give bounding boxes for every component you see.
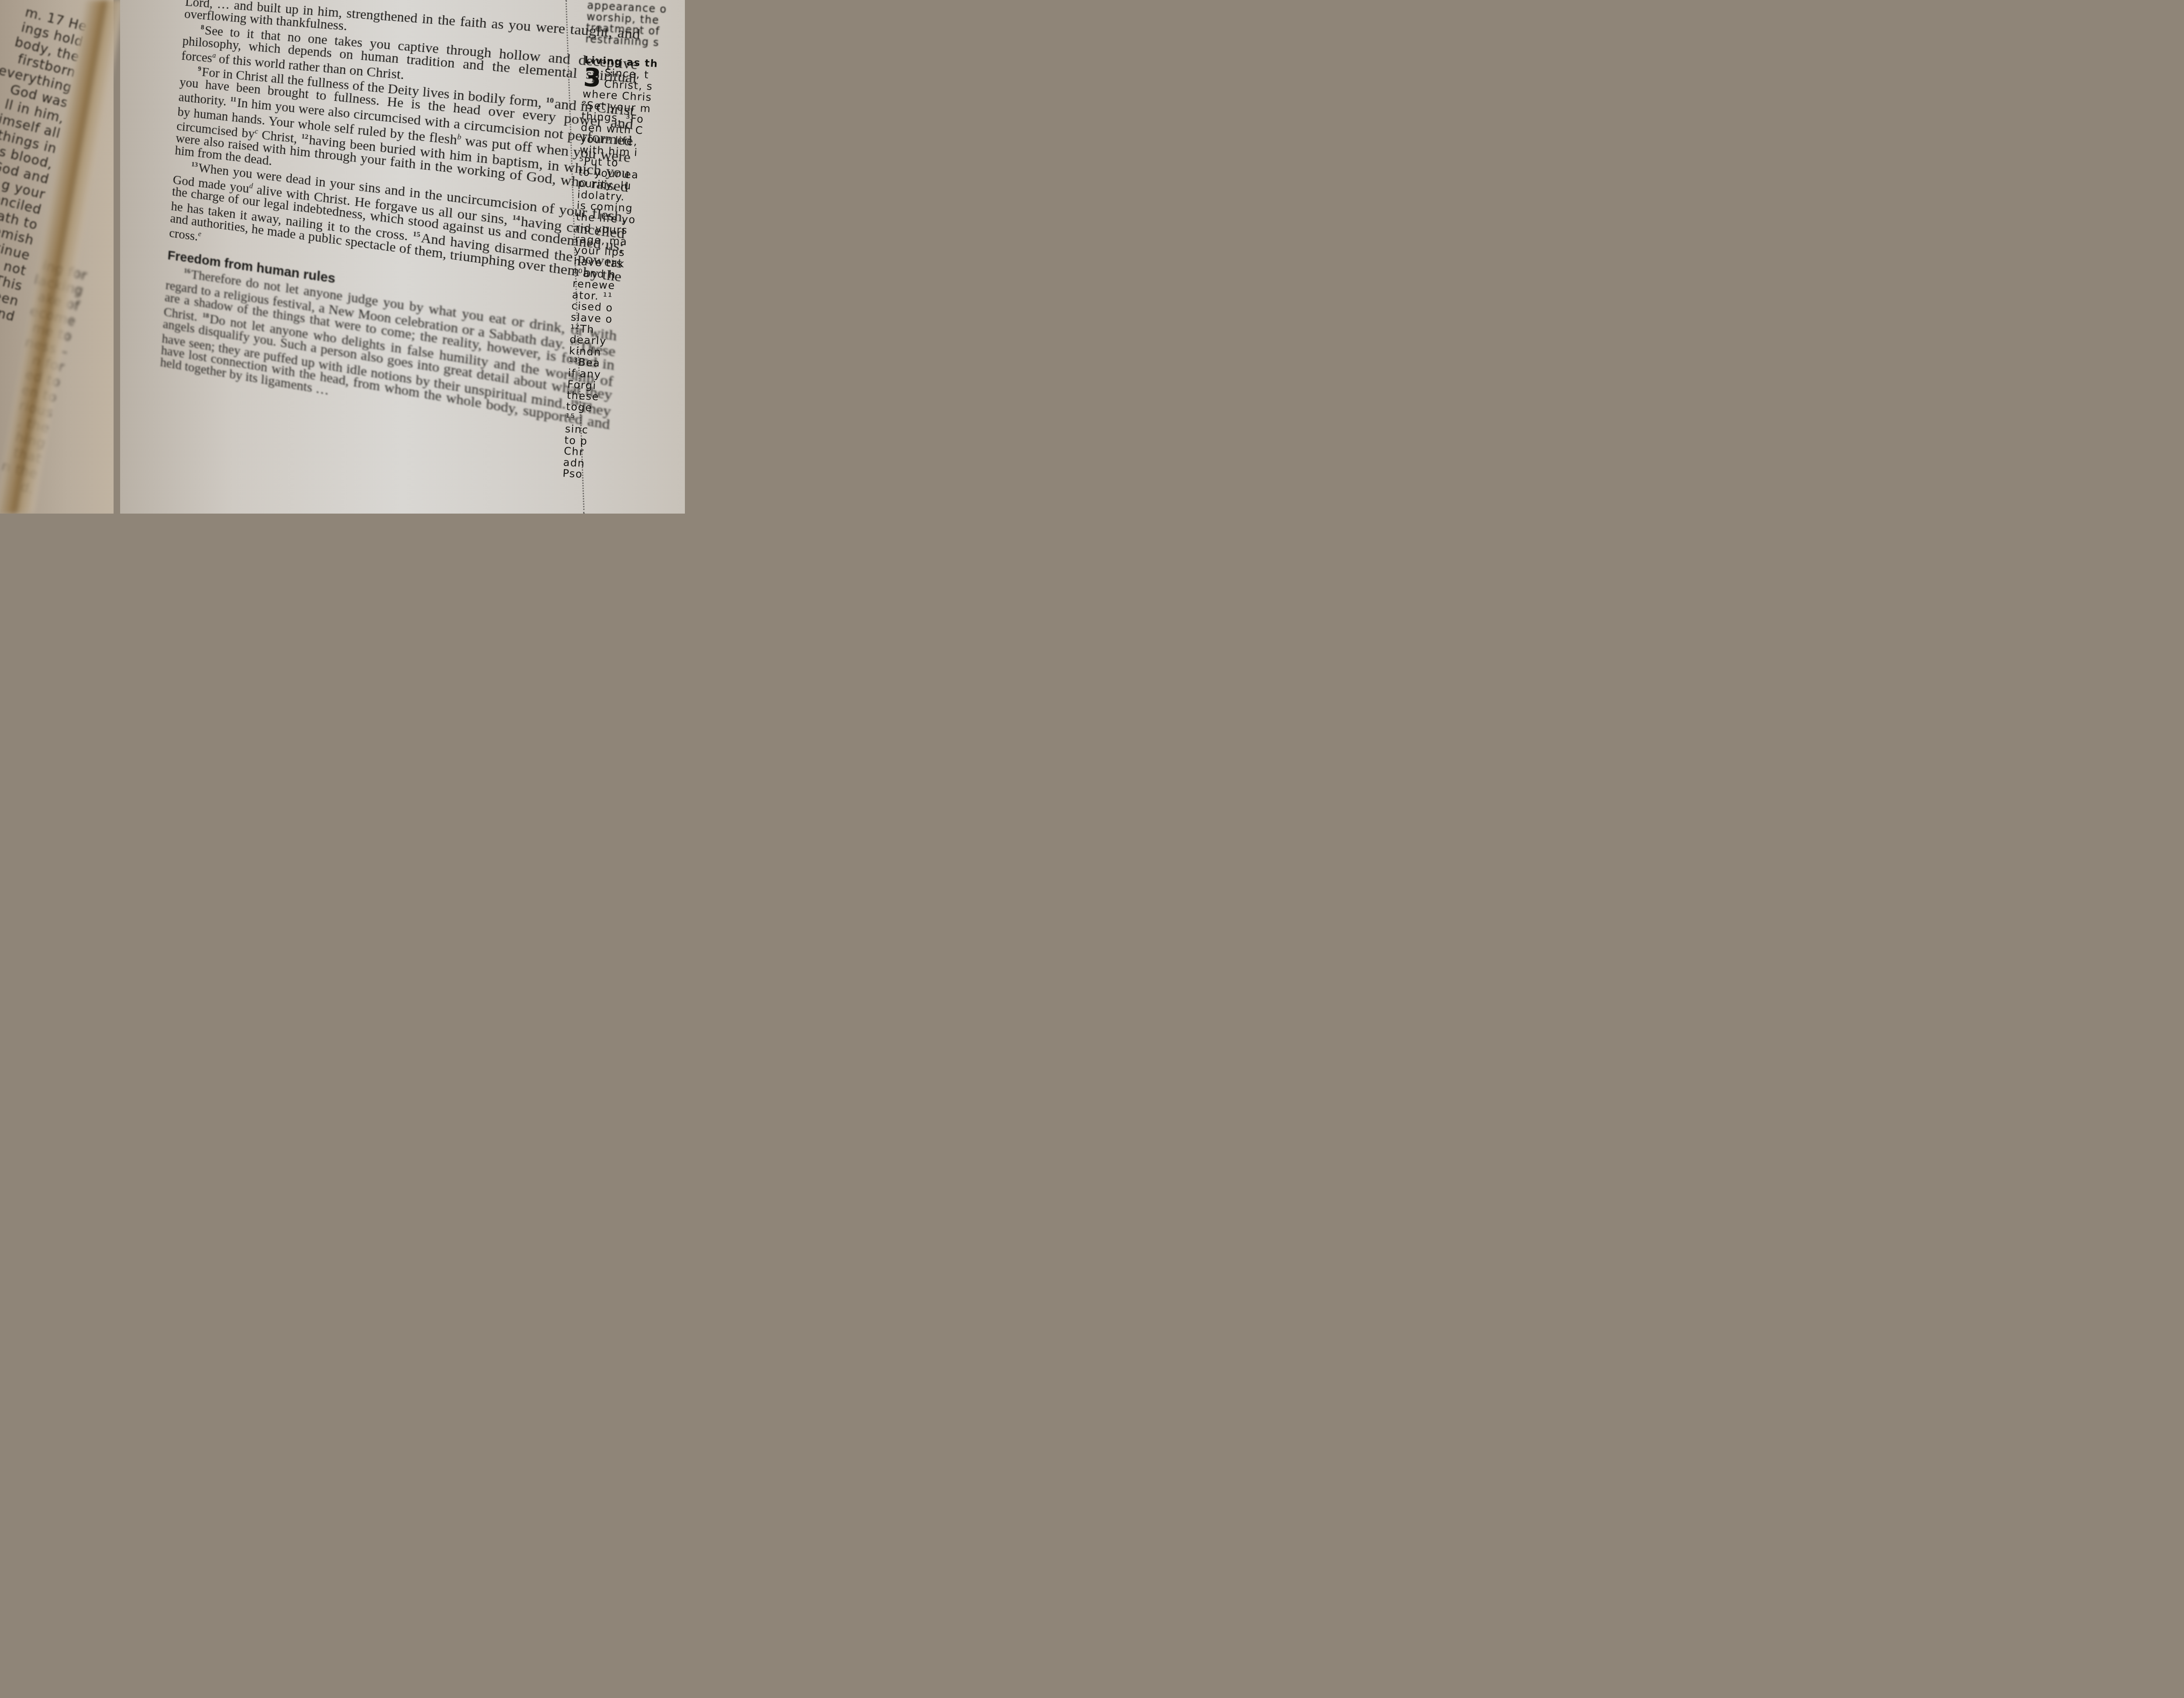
footnote-marker: b [457, 133, 461, 141]
scripture-passage: Lord, … and built up in him, strengthene… [169, 0, 640, 300]
verse-number: 14 [512, 214, 521, 222]
side-column-top-lines: appearance oworship, thetreatment ofrest… [585, 0, 685, 51]
verse-number: 10 [546, 97, 554, 105]
side-column-lines: Since, tChrist, swhere Chris²Set your mt… [562, 66, 685, 485]
footnote-marker: a [212, 52, 216, 59]
verse-number: 11 [230, 96, 237, 104]
chapter-number: 3 [583, 66, 602, 89]
verse-number: 9 [198, 66, 202, 73]
footnote-marker: e [198, 230, 201, 238]
footnote-marker: d [249, 182, 253, 190]
verse-number: 13 [191, 161, 198, 169]
verse-number: 12 [301, 133, 308, 141]
verse-number: 18 [202, 312, 209, 320]
footnote-marker: c [255, 128, 259, 136]
right-page: Lord, … and built up in him, strengthene… [120, 0, 685, 514]
verse-number: 16 [184, 267, 191, 275]
verse-number: 8 [200, 24, 204, 31]
verse-number: 15 [413, 231, 421, 239]
